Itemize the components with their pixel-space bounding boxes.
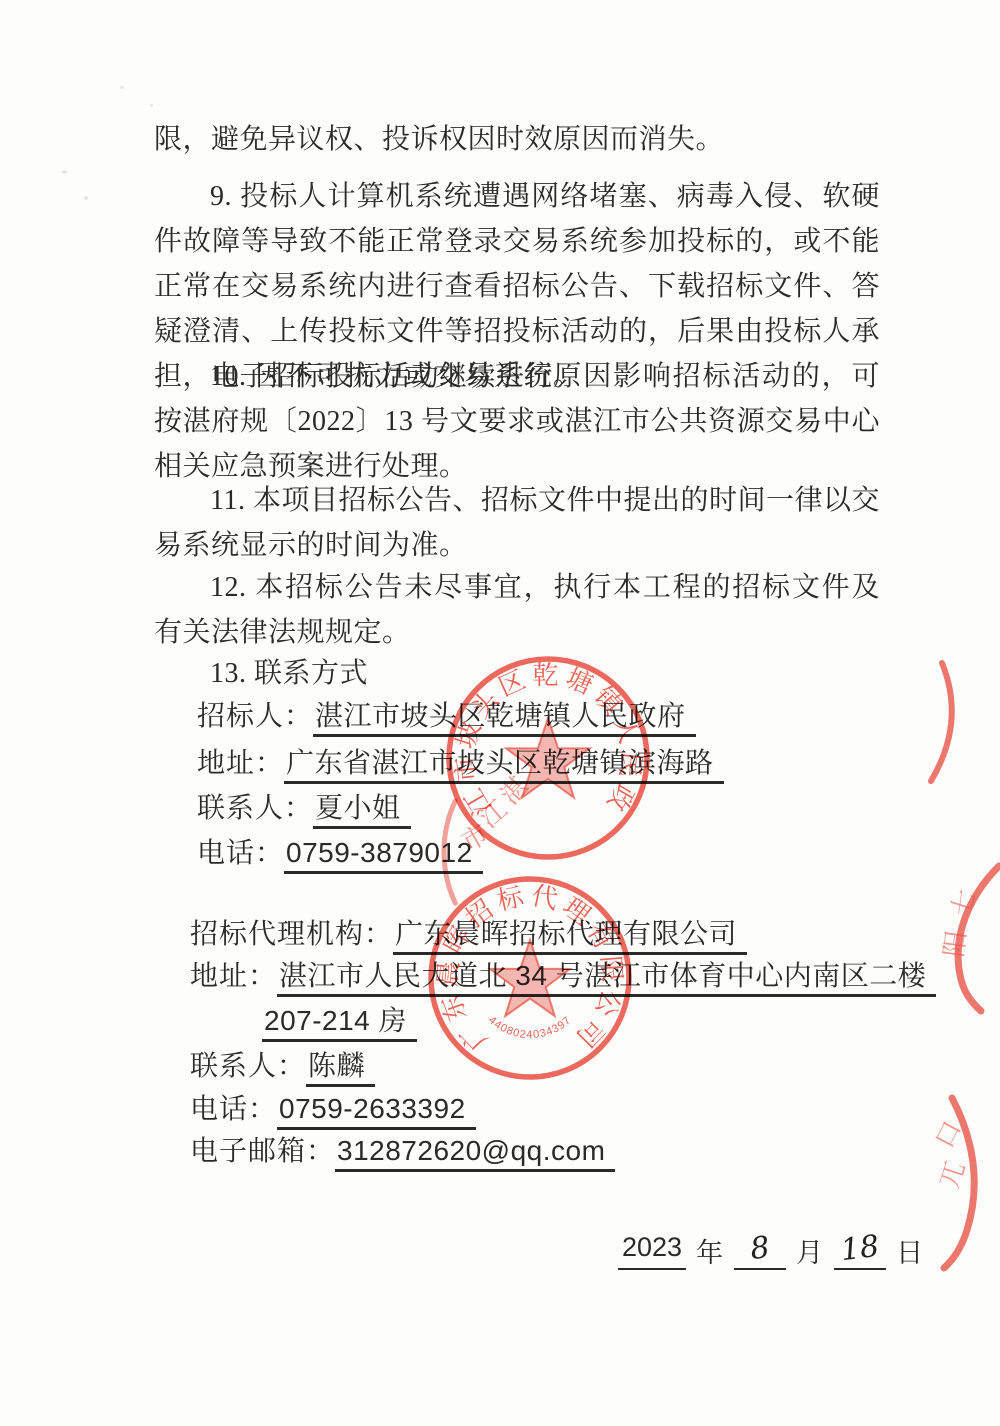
agency-phone-row: 电话：0759-2633392 <box>190 1089 476 1130</box>
email-label: 电子邮箱： <box>190 1136 335 1167</box>
paragraph-10: 10. 因不可抗力或交易系统原因影响招标活动的，可按湛府规〔2022〕13 号文… <box>154 354 880 489</box>
agency-email-row: 电子邮箱：312872620@qq.com <box>190 1131 615 1172</box>
paragraph-12: 12. 本招标公告未尽事宜，执行本工程的招标文件及有关法律法规规定。 <box>154 565 880 655</box>
paragraph-continuation: 限，避免异议权、投诉权因时效原因而消失。 <box>154 117 880 162</box>
partial-seal-char: 口 <box>930 1116 968 1153</box>
date-year-unit: 年 <box>696 1236 724 1270</box>
address-label: 地址： <box>190 961 277 992</box>
right-edge-partial-arc <box>944 1098 974 1268</box>
seal-star-icon <box>506 718 590 798</box>
address-label: 地址： <box>197 748 284 779</box>
partial-seal-char: 阳 <box>939 929 971 959</box>
partial-seal-char: 兀 <box>935 1158 971 1192</box>
scan-speck <box>120 86 124 89</box>
agency-contact-person: 陈麟 <box>306 1050 375 1087</box>
right-edge-partial-arc <box>931 663 952 781</box>
date-month-blank: 8 <box>734 1238 786 1270</box>
scan-speck <box>150 104 153 107</box>
agency-email: 312872620@qq.com <box>335 1135 615 1172</box>
contact-label: 联系人： <box>197 793 313 824</box>
scanned-tender-notice-page: 限，避免异议权、投诉权因时效原因而消失。 9. 投标人计算机系统遭遇网络堵塞、病… <box>0 0 1000 1426</box>
agency-address-row2: 207-214 房 <box>262 1001 417 1042</box>
seal-star-icon <box>490 940 570 1016</box>
agency-address-line2: 207-214 房 <box>262 1005 417 1042</box>
date-day-unit: 日 <box>896 1236 924 1270</box>
partial-seal-char: 七 <box>946 886 982 920</box>
tenderer-contact-person: 夏小姐 <box>313 792 411 829</box>
government-seal-stamp: 湛江市坡头区乾塘镇人民政府 <box>440 650 656 866</box>
svg-text:4408024034397: 4408024034397 <box>486 1014 574 1041</box>
handwritten-day: 18 <box>839 1230 881 1268</box>
paragraph-11: 11. 本项目招标公告、招标文件中提出的时间一律以交易系统显示的时间为准。 <box>154 478 880 568</box>
agency-label: 招标代理机构： <box>190 919 393 950</box>
scan-speck <box>84 196 88 200</box>
tenderer-label: 招标人： <box>197 701 313 732</box>
agency-seal-stamp: 广东晨晖招标代理有限公司 4408024034397 <box>424 872 636 1084</box>
scan-speck <box>62 170 67 174</box>
phone-label: 电话： <box>190 1094 277 1125</box>
handwritten-month: 8 <box>749 1231 772 1267</box>
tenderer-contact-row: 联系人：夏小姐 <box>197 788 411 829</box>
date-month-unit: 月 <box>796 1236 824 1270</box>
signature-date: 2023 年 8 月 18 日 <box>618 1230 924 1270</box>
agency-phone: 0759-2633392 <box>277 1093 476 1130</box>
agency-seal-code: 4408024034397 <box>486 1014 574 1041</box>
date-day-blank: 18 <box>834 1238 886 1270</box>
right-edge-partial-arc <box>958 866 999 1011</box>
phone-label: 电话： <box>197 838 284 869</box>
contact-label: 联系人： <box>190 1051 306 1082</box>
agency-contact-row: 联系人：陈麟 <box>190 1046 375 1087</box>
date-year: 2023 <box>618 1230 686 1270</box>
